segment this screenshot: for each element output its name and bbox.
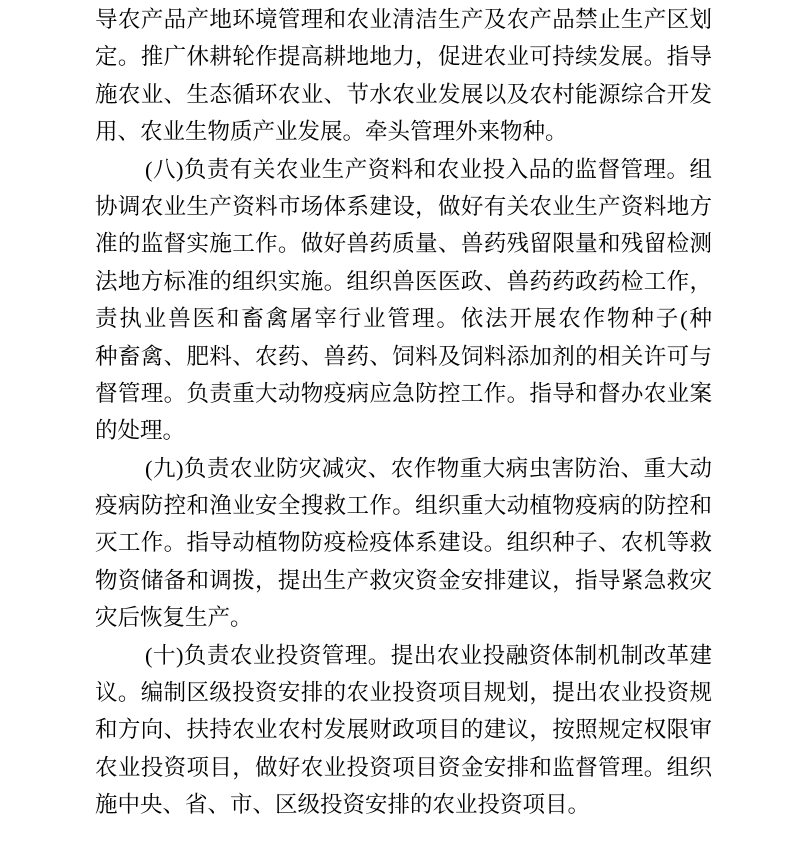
text-line: 灭工作。指导动植物防疫检疫体系建设。组织种子、农机等救灾 xyxy=(95,524,712,561)
text-line: 施农业、生态循环农业、节水农业发展以及农村能源综合开发利 xyxy=(95,76,712,113)
text-line: 协调农业生产资料市场体系建设，做好有关农业生产资料地方标 xyxy=(95,188,712,225)
text-line: 农业投资项目，做好农业投资项目资金安排和监督管理。组织实 xyxy=(95,749,712,786)
text-line: 准的监督实施工作。做好兽药质量、兽药残留限量和残留检测方 xyxy=(95,225,712,262)
document-page: 导农产品产地环境管理和农业清洁生产及农产品禁止生产区划定。推广休耕轮作提高耕地地… xyxy=(0,0,793,851)
text-line: 和方向、扶持农业农村发展财政项目的建议，按照规定权限审批 xyxy=(95,711,712,748)
text-line: (十)负责农业投资管理。提出农业投融资体制机制改革建 xyxy=(95,637,712,674)
text-line: 议。编制区级投资安排的农业投资项目规划，提出农业投资规模 xyxy=(95,674,712,711)
text-line: (九)负责农业防灾减灾、农作物重大病虫害防治、重大动物 xyxy=(95,450,712,487)
text-line: 法地方标准的组织实施。组织兽医医政、兽药药政药检工作，负 xyxy=(95,263,712,300)
text-line: 灾后恢复生产。 xyxy=(95,599,712,636)
text-line: 定。推广休耕轮作提高耕地地力，促进农业可持续发展。指导设 xyxy=(95,38,712,75)
text-line: 种畜禽、肥料、农药、兽药、饲料及饲料添加剂的相关许可与监 xyxy=(95,338,712,375)
text-line: 物资储备和调拨，提出生产救灾资金安排建议，指导紧急救灾和 xyxy=(95,562,712,599)
text-line: 责执业兽医和畜禽屠宰行业管理。依法开展农作物种子(种苗)、 xyxy=(95,300,712,337)
text-line: 用、农业生物质产业发展。牵头管理外来物种。 xyxy=(95,113,712,150)
text-line: 的处理。 xyxy=(95,412,712,449)
text-line: 督管理。负责重大动物疫病应急防控工作。指导和督办农业案件 xyxy=(95,375,712,412)
text-line: 导农产品产地环境管理和农业清洁生产及农产品禁止生产区划 xyxy=(95,1,712,38)
text-line: 疫病防控和渔业安全搜救工作。组织重大动植物疫病的防控和扑 xyxy=(95,487,712,524)
text-line: (八)负责有关农业生产资料和农业投入品的监督管理。组织 xyxy=(95,151,712,188)
text-line: 施中央、省、市、区级投资安排的农业投资项目。 xyxy=(95,786,712,823)
document-text-block: 导农产品产地环境管理和农业清洁生产及农产品禁止生产区划定。推广休耕轮作提高耕地地… xyxy=(95,1,712,824)
